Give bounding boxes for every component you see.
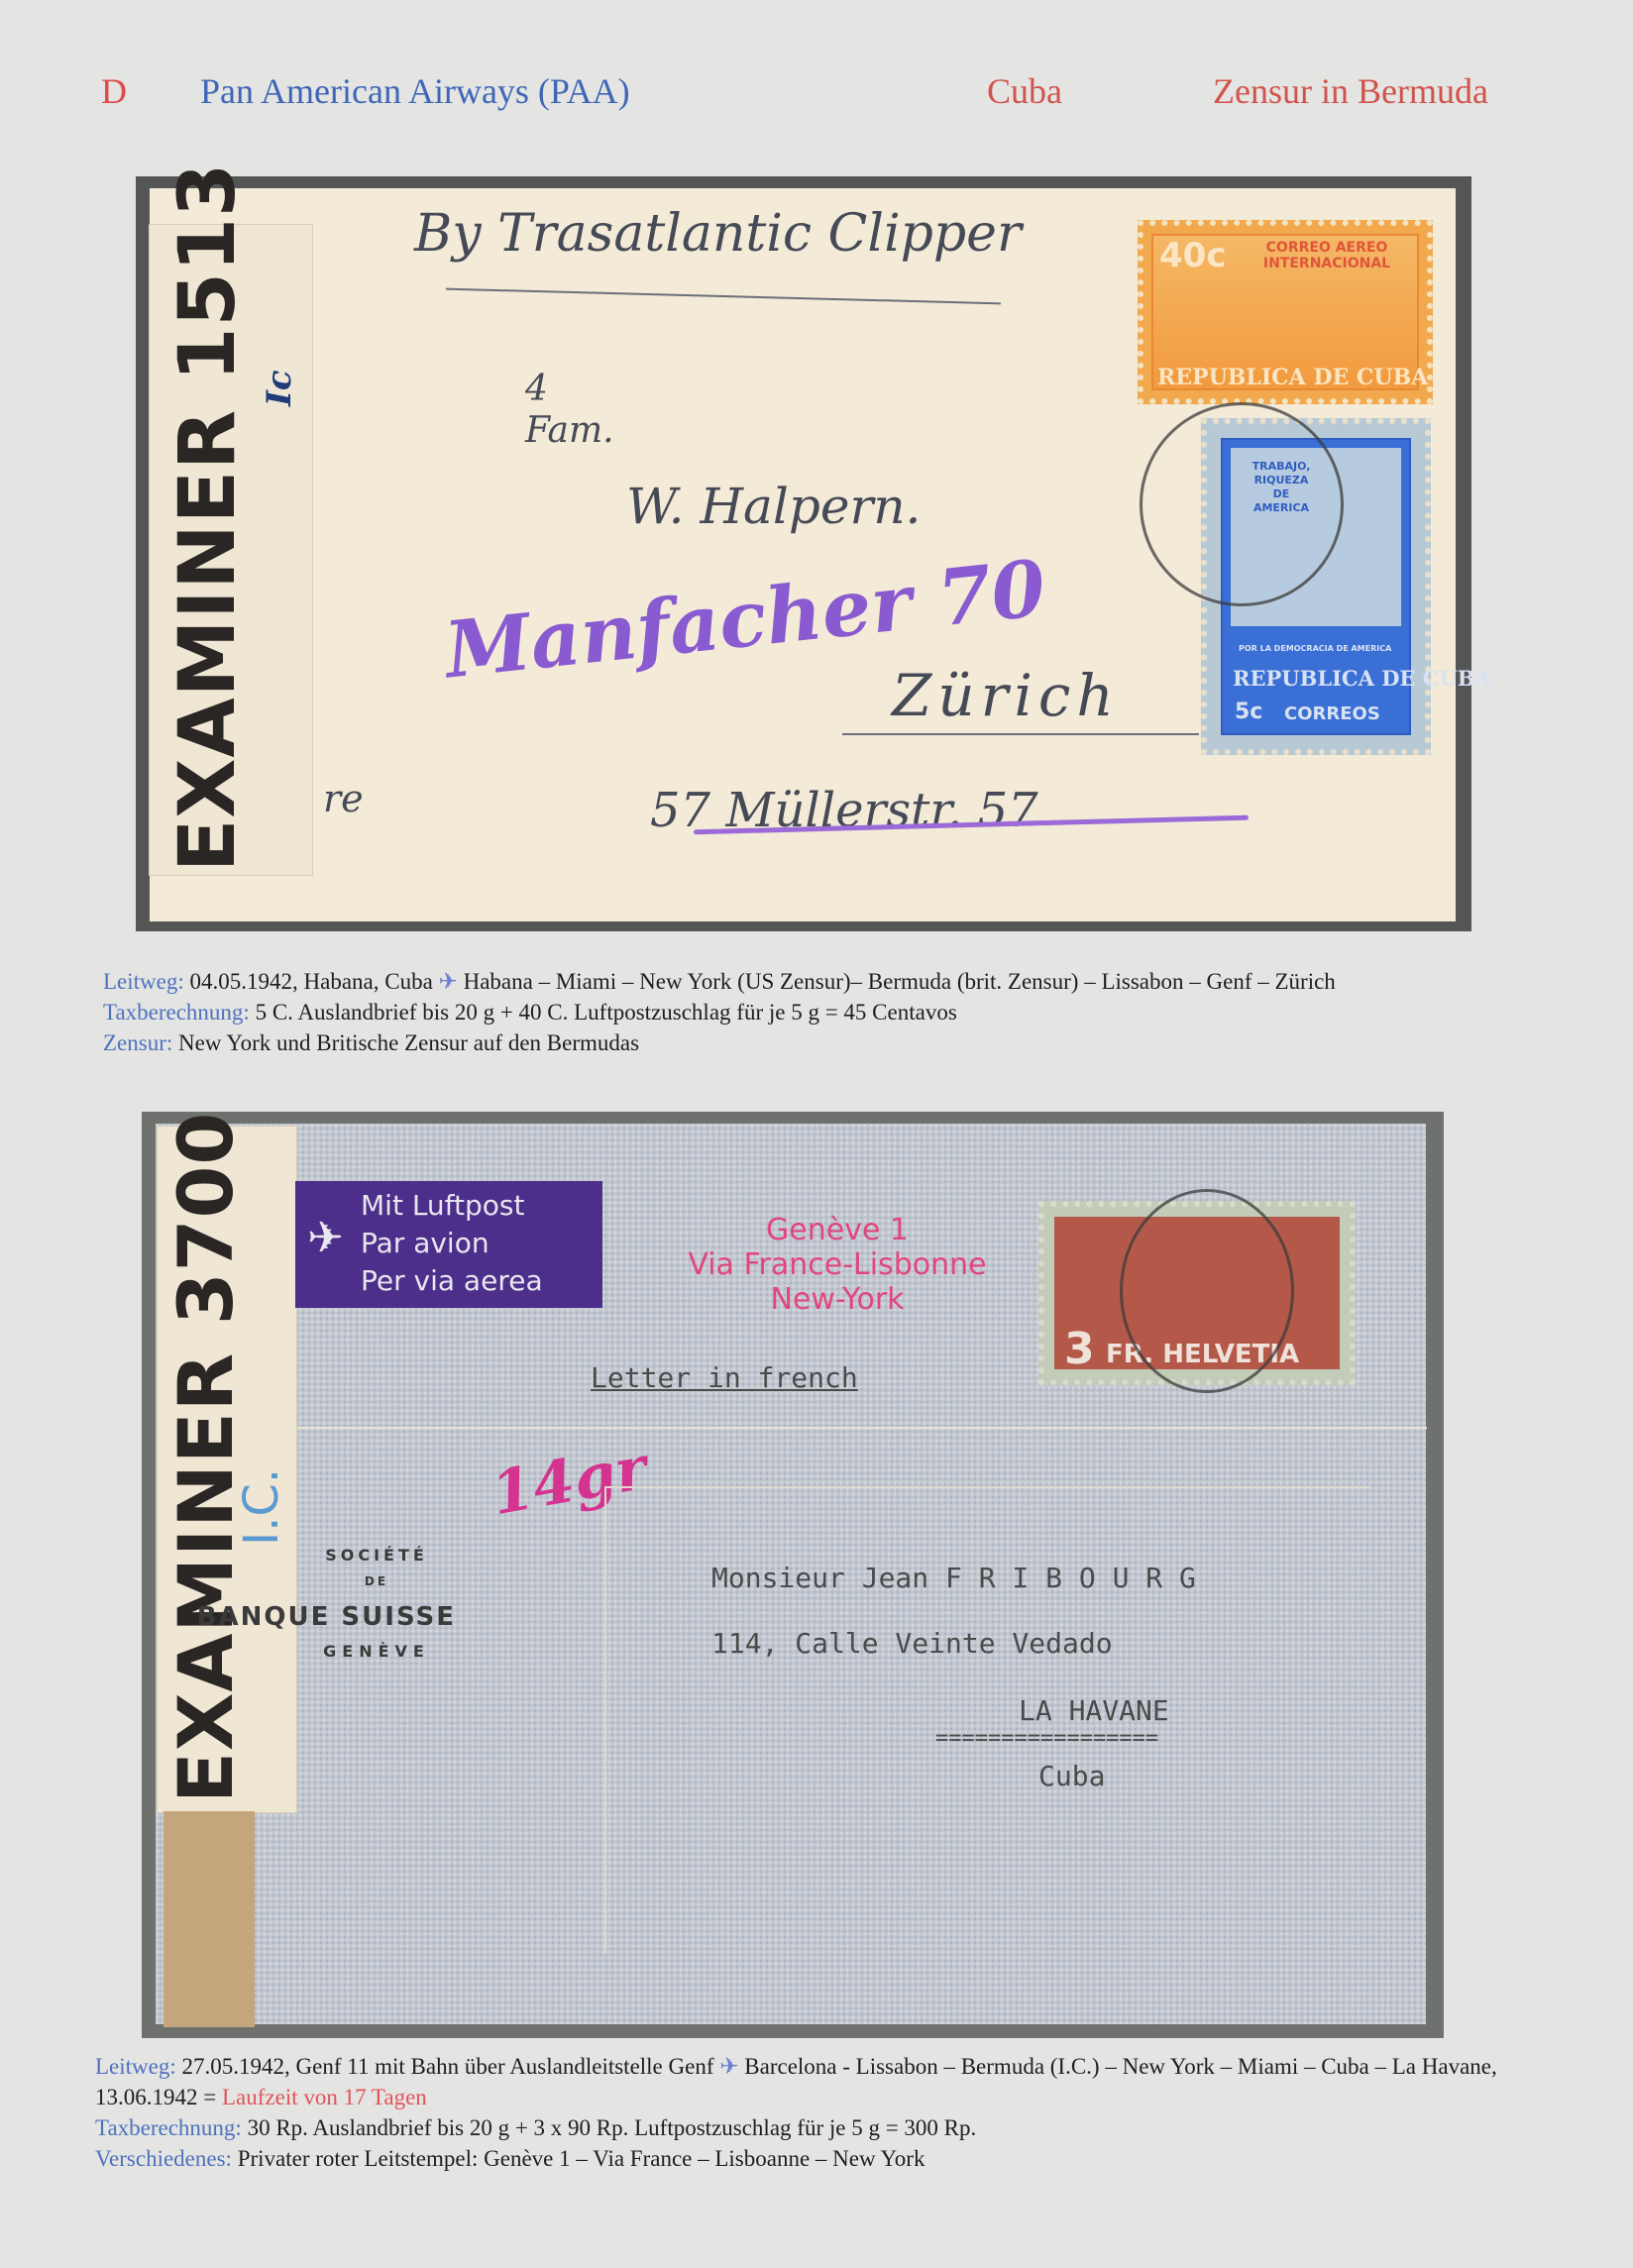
censor-mark-1: Ic (260, 370, 299, 406)
zensur-text: New York und Britische Zensur auf den Be… (172, 1030, 639, 1055)
stamp-40c-top-text: CORREO AEREO INTERNACIONAL (1243, 240, 1411, 271)
leitweg-origin: 27.05.1942, Genf 11 mit Bahn über Auslan… (176, 2054, 720, 2079)
caption-1-leitweg: Leitweg: 04.05.1942, Habana, Cuba ✈ Haba… (103, 966, 1530, 997)
transit-time: Laufzeit von 17 Tagen (222, 2085, 427, 2109)
address-line-4: ================= (935, 1726, 1158, 1751)
postmark-habana (1140, 402, 1344, 606)
red-stamp-line-1: Genève 1 (644, 1213, 1031, 1247)
stamp-40c-value: 40c (1159, 236, 1226, 275)
envelope-fold-line (297, 1427, 1427, 1429)
leitweg-route: Habana – Miami – New York (US Zensur)– B… (458, 969, 1336, 994)
tax-text: 5 C. Auslandbrief bis 20 g + 40 C. Luftp… (250, 1000, 957, 1025)
sender-line-2: DE (297, 1574, 456, 1588)
sender-line-4: GENÈVE (297, 1642, 456, 1661)
censor-mark-2: I.C. (234, 1468, 289, 1546)
sender-imprint: SOCIÉTÉ DE BANQUE SUISSE GENÈVE (297, 1546, 456, 1661)
tax-label: Taxberechnung: (95, 2115, 242, 2140)
leitweg-label: Leitweg: (103, 969, 184, 994)
tax-label: Taxberechnung: (103, 1000, 250, 1025)
address-line-2: 114, Calle Veinte Vedado (711, 1627, 1113, 1660)
topic-label: Zensur in Bermuda (1213, 69, 1488, 113)
stamp-5c-band-text: POR LA DEMOCRACIA DE AMERICA (1239, 644, 1391, 653)
airplane-icon: ✈ (307, 1213, 344, 1263)
address-line-3: LA HAVANE (1019, 1694, 1169, 1727)
section-letter: D (101, 69, 127, 113)
caption-2-leitweg: Leitweg: 27.05.1942, Genf 11 mit Bahn üb… (95, 2051, 1522, 2112)
red-stamp-line-2: Via France-Lisbonne (644, 1247, 1031, 1282)
red-routing-stamp: Genève 1 Via France-Lisbonne New-York (644, 1213, 1031, 1317)
handwritten-name: W. Halpern. (626, 478, 921, 535)
airmail-line-3: Per via aerea (361, 1264, 543, 1297)
censor-tape (163, 1811, 255, 2027)
address-window (604, 1486, 1369, 1954)
address-line-1: Monsieur Jean F R I B O U R G (711, 1562, 1196, 1594)
stamp-5c-value: 5c (1235, 700, 1262, 724)
zensur-label: Zensur: (103, 1030, 172, 1055)
leitweg-label: Leitweg: (95, 2054, 176, 2079)
handwritten-initials: re (323, 777, 364, 820)
censor-label-1: EXAMINER 1513 (159, 162, 258, 872)
misc-label: Verschiedenes: (95, 2146, 232, 2171)
country-label: Cuba (987, 69, 1062, 113)
typed-note: Letter in french (591, 1361, 858, 1394)
handwritten-city: Zürich (892, 662, 1120, 729)
caption-2-misc: Verschiedenes: Privater roter Leitstempe… (95, 2143, 1522, 2174)
red-stamp-line-3: New-York (644, 1282, 1031, 1317)
caption-2: Leitweg: 27.05.1942, Genf 11 mit Bahn üb… (95, 2051, 1522, 2174)
caption-2-tax: Taxberechnung: 30 Rp. Auslandbrief bis 2… (95, 2112, 1522, 2143)
stamp-40c-airmail: 40c CORREO AEREO INTERNACIONAL REPUBLICA… (1138, 220, 1433, 404)
stamp-5c-bottom-text: CORREOS (1284, 703, 1380, 724)
airmail-line-2: Par avion (361, 1227, 490, 1259)
airplane-icon: ✈ (439, 969, 458, 994)
tax-text: 30 Rp. Auslandbrief bis 20 g + 3 x 90 Rp… (242, 2115, 976, 2140)
city-underline (842, 733, 1199, 735)
handwritten-line-1: 4 (525, 369, 548, 409)
caption-1-tax: Taxberechnung: 5 C. Auslandbrief bis 20 … (103, 997, 1530, 1027)
sender-line-1: SOCIÉTÉ (297, 1546, 456, 1565)
stamp-3fr-value: 3 (1064, 1324, 1095, 1374)
caption-1-zensur: Zensur: New York und Britische Zensur au… (103, 1027, 1530, 1058)
handwritten-routing: By Trasatlantic Clipper (414, 204, 1022, 264)
address-line-5: Cuba (1038, 1760, 1105, 1792)
stamp-40c-bottom-text: REPUBLICA DE CUBA (1157, 365, 1428, 390)
caption-1: Leitweg: 04.05.1942, Habana, Cuba ✈ Haba… (103, 966, 1530, 1058)
page-title: Pan American Airways (PAA) (200, 69, 630, 113)
leitweg-origin: 04.05.1942, Habana, Cuba (184, 969, 439, 994)
stamp-5c-title: REPUBLICA DE CUBA (1233, 666, 1491, 691)
airmail-label: ✈ Mit Luftpost Par avion Per via aerea (295, 1181, 602, 1308)
airmail-line-1: Mit Luftpost (361, 1189, 524, 1222)
censor-label-2: EXAMINER 3700 (159, 1112, 254, 1803)
airplane-icon: ✈ (719, 2054, 738, 2079)
handwritten-line-2: Fam. (525, 410, 614, 451)
postmark-geneve (1120, 1189, 1294, 1393)
sender-line-3: BANQUE SUISSE (198, 1602, 456, 1632)
misc-text: Privater roter Leitstempel: Genève 1 – V… (232, 2146, 925, 2171)
